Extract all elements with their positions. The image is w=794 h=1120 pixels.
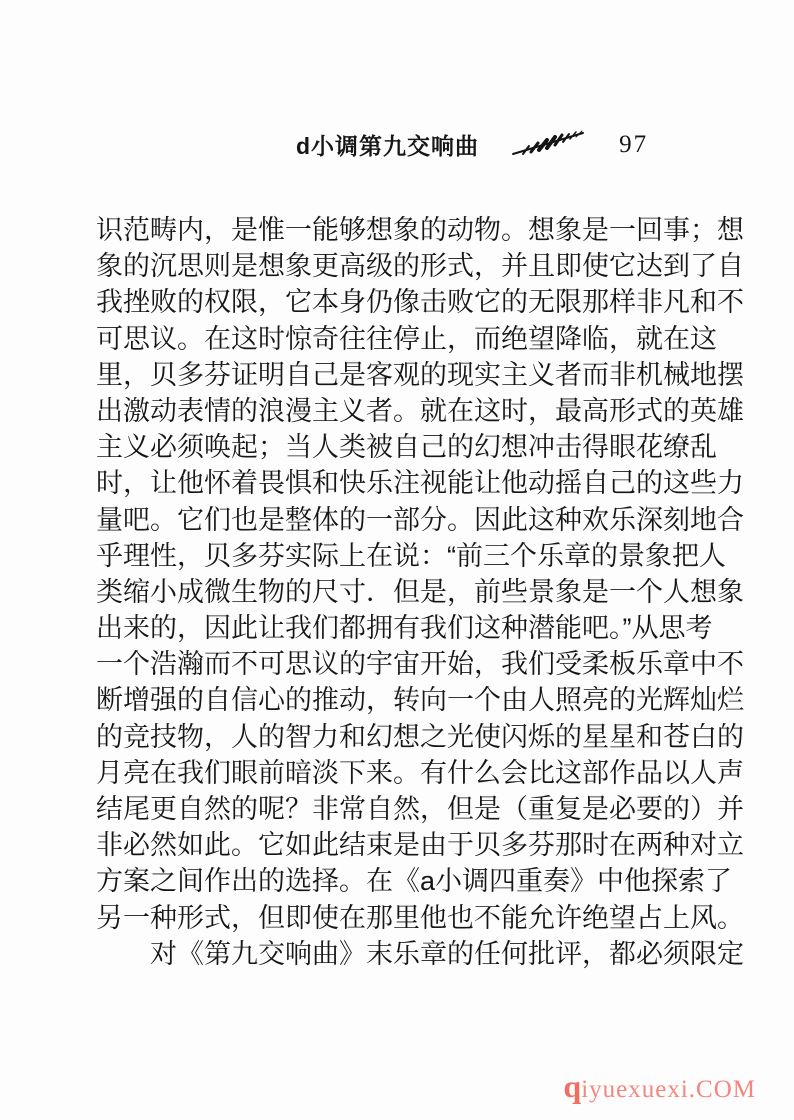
chapter-title: d小调第九交响曲 (296, 128, 479, 161)
text-line: 结尾更自然的呢？非常自然，但是（重复是必要的）并 (96, 791, 704, 827)
quill-flourish-icon (509, 126, 589, 158)
text-line: 出来的，因此让我们都拥有我们这种潜能吧。”从思考 (96, 610, 704, 646)
text-line: 里，贝多芬证明自己是客观的现实主义者而非机械地摆 (96, 357, 704, 393)
text-line: 断增强的自信心的推动，转向一个由人照亮的光辉灿烂 (96, 682, 704, 718)
text-line: 象的沉思则是想象更高级的形式，并且即使它达到了自 (96, 248, 704, 284)
text-line: 乎理性，贝多芬实际上在说：“前三个乐章的景象把人 (96, 538, 704, 574)
text-line: 量吧。它们也是整体的一部分。因此这种欢乐深刻地合 (96, 502, 704, 538)
text-line: 一个浩瀚而不可思议的宇宙开始，我们受柔板乐章中不 (96, 646, 704, 682)
text-line: 识范畴内，是惟一能够想象的动物。想象是一回事；想 (96, 212, 704, 248)
body-text: 识范畴内，是惟一能够想象的动物。想象是一回事；想 象的沉思则是想象更高级的形式，… (96, 212, 704, 972)
text-line: 对《第九交响曲》末乐章的任何批评，都必须限定 (96, 936, 704, 972)
page-header: d小调第九交响曲 97 (296, 128, 648, 161)
text-line: 时，让他怀着畏惧和快乐注视能让他动摇自己的这些力 (96, 465, 704, 501)
text-line: 另一种形式，但即使在那里他也不能允许绝望占上风。 (96, 900, 704, 936)
text-line: 的竞技物，人的智力和幻想之光使闪烁的星星和苍白的 (96, 719, 704, 755)
text-line: 出激动表情的浪漫主义者。就在这时，最高形式的英雄 (96, 393, 704, 429)
page-number: 97 (619, 131, 648, 159)
text-line: 类缩小成微生物的尺寸．但是，前些景象是一个人想象 (96, 574, 704, 610)
watermark-initial: q (563, 1068, 581, 1104)
site-watermark: qiyuexuexi.COM (563, 1068, 756, 1105)
text-line: 可思议。在这时惊奇往往停止，而绝望降临，就在这 (96, 321, 704, 357)
text-line: 主义必须唤起；当人类被自己的幻想冲击得眼花缭乱 (96, 429, 704, 465)
text-line: 非必然如此。它如此结束是由于贝多芬那时在两种对立 (96, 827, 704, 863)
text-line: 我挫败的权限，它本身仍像击败它的无限那样非凡和不 (96, 284, 704, 320)
text-line: 月亮在我们眼前暗淡下来。有什么会比这部作品以人声 (96, 755, 704, 791)
book-page: d小调第九交响曲 97 识范畴内，是惟一能够想象的动物。想象是一回事；想 象的沉… (0, 0, 794, 1120)
text-line: 方案之间作出的选择。在《a小调四重奏》中他探索了 (96, 863, 704, 899)
watermark-text: iyuexuexi.COM (581, 1076, 756, 1103)
